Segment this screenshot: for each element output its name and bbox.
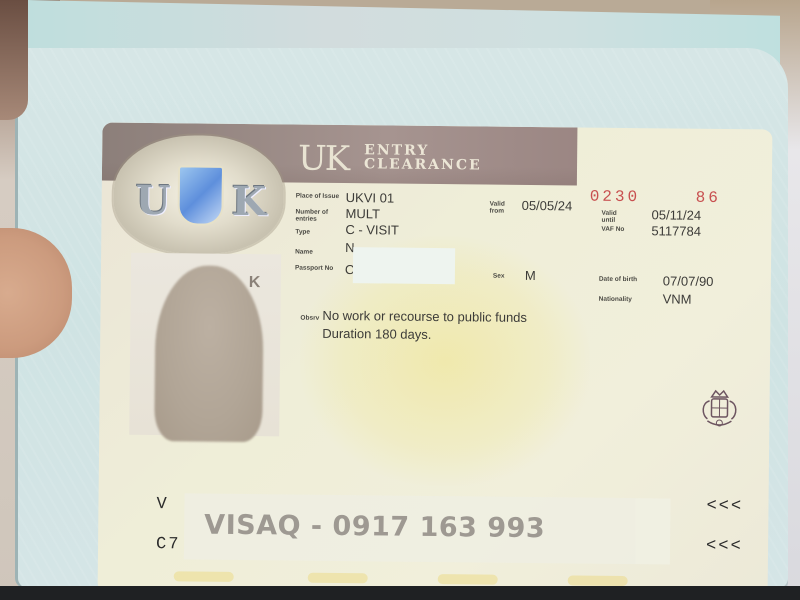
observations-line-1: No work or recourse to public funds [322,309,527,325]
valid-from-label: Valid from [490,201,520,215]
mrz-security-mark [568,575,628,586]
observations-line-2: Duration 180 days. [322,327,431,342]
mrz-line-1-end: <<< [706,497,743,516]
mrz-security-mark [308,573,368,584]
serial-number-prefix: 0230 [590,188,641,207]
vaf-no-value: 5117784 [651,224,701,239]
type-label: Type [295,229,343,237]
watermark-text: VISAQ - 0917 163 993 [204,510,545,545]
date-of-birth-label: Date of birth [599,276,643,283]
valid-until-label: Valid until [601,210,631,224]
place-of-issue-value: UKVI 01 [346,191,395,206]
royal-coat-of-arms-icon [697,387,742,435]
watermark-overlay: VISAQ - 0917 163 993 [184,493,671,564]
sex-label: Sex [493,273,523,280]
visa-sticker: U K UK ENTRY CLEARANCE 0230 86 Place of … [98,123,773,600]
mrz-security-mark [438,574,498,585]
finger-top [0,0,28,120]
number-of-entries-label: Number of entries [295,209,343,224]
mrz-line-2-end: <<< [706,537,743,556]
mrz-line-2-start: C7 [156,535,181,554]
entry-clearance-title: ENTRY CLEARANCE [364,143,482,172]
vaf-no-label: VAF No [601,226,631,233]
type-value: C - VISIT [345,223,399,238]
mrz-line-1-start: V [156,495,168,514]
uk-logo: UK [298,139,348,180]
valid-until-value: 05/11/24 [651,208,701,223]
nationality-value: VNM [663,292,692,306]
title-line-2: CLEARANCE [364,157,482,172]
hologram-letter-u: U [135,177,170,224]
sex-value: M [525,269,536,283]
serial-number-suffix: 86 [696,189,721,207]
valid-from-value: 05/05/24 [522,199,573,214]
hologram-letter-k: K [231,178,266,225]
name-label: Name [295,249,343,257]
nationality-label: Nationality [599,296,659,304]
redaction-box [353,247,455,284]
place-of-issue-label: Place of Issue [296,193,344,201]
photo-side-letter: K [249,274,261,292]
mrz-security-mark [174,571,234,582]
shield-icon [177,165,224,225]
number-of-entries-value: MULT [345,207,380,221]
passport-page: U K UK ENTRY CLEARANCE 0230 86 Place of … [18,48,788,588]
bottom-bar [0,586,800,600]
date-of-birth-value: 07/07/90 [663,274,714,289]
uk-hologram-icon: U K [113,135,284,255]
passport-no-label: Passport No [295,265,343,273]
blurred-face [154,265,264,442]
